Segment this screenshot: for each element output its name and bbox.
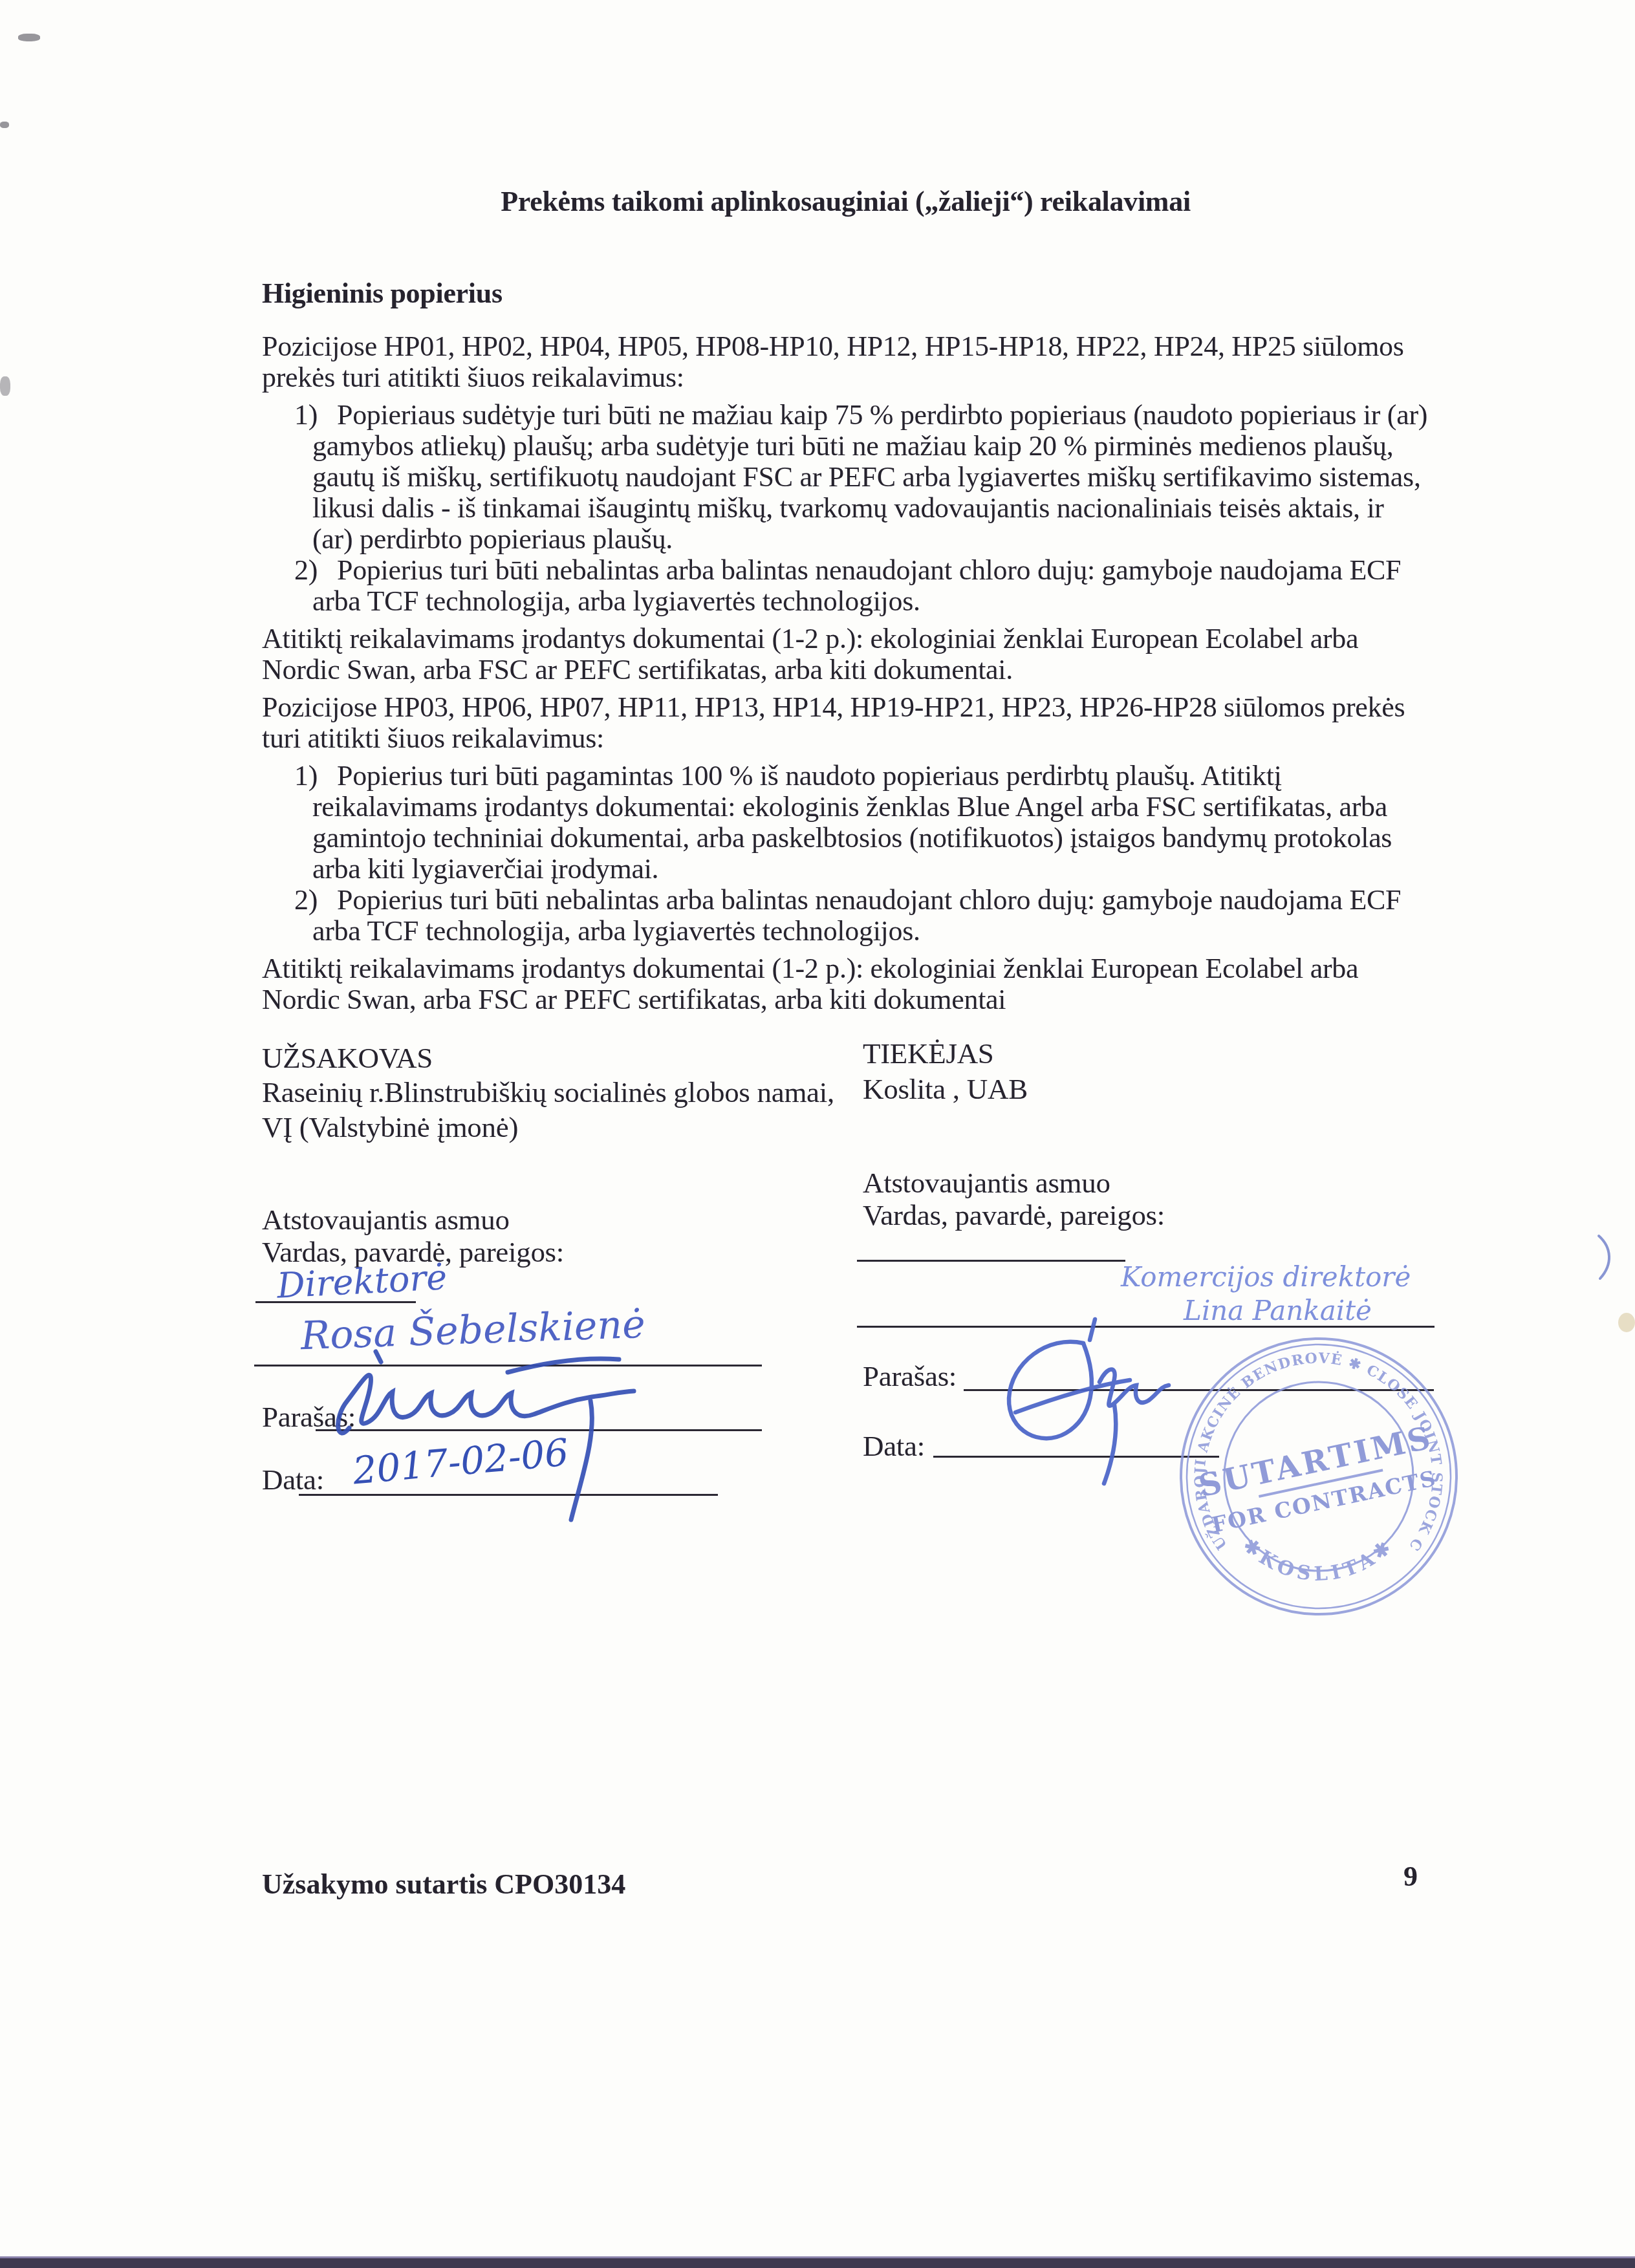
- company-round-stamp: UŽDAROJI AKCINĖ BENDROVĖ ✱ CLOSE JOINT S…: [1177, 1335, 1460, 1618]
- supplier-label: TIEKĖJAS: [863, 1037, 994, 1070]
- section-heading: Higieninis popierius: [262, 277, 503, 310]
- document-title: Prekėms taikomi aplinkosauginiai („žalie…: [262, 185, 1429, 218]
- scan-speck: [0, 376, 10, 396]
- list-item: 1) Popieriaus sudėtyje turi būti ne maži…: [262, 400, 1430, 555]
- list-item-text: Popierius turi būti nebalintas arba bali…: [312, 554, 1401, 617]
- document-body: Pozicijose HP01, HP02, HP04, HP05, HP08-…: [262, 331, 1430, 1015]
- requirements-list-2: 1) Popierius turi būti pagamintas 100 % …: [262, 761, 1430, 947]
- supplier-rep-label: Atstovaujantis asmuo: [863, 1166, 1110, 1200]
- scan-speck: [18, 34, 40, 41]
- list-item-text: Popieriaus sudėtyje turi būti ne mažiau …: [312, 399, 1427, 555]
- requirements-list-1: 1) Popieriaus sudėtyje turi būti ne maži…: [262, 400, 1430, 617]
- list-item-text: Popierius turi būti pagamintas 100 % iš …: [312, 760, 1392, 885]
- footer-contract-ref: Užsakymo sutartis CPO30134: [262, 1868, 625, 1901]
- buyer-label: UŽSAKOVAS: [262, 1041, 433, 1075]
- list-item-number: 2): [294, 885, 318, 916]
- buyer-position-handwriting: Direktorė: [276, 1257, 448, 1306]
- pen-mark-artifact: [1590, 1232, 1619, 1282]
- proof-paragraph-2: Atitiktį reikalavimams įrodantys dokumen…: [262, 953, 1430, 1015]
- supplier-position-line: [857, 1260, 1125, 1262]
- list-item-number: 1): [294, 761, 318, 792]
- list-item-number: 1): [294, 400, 318, 431]
- buyer-rep-label: Atstovaujantis asmuo: [262, 1203, 510, 1237]
- supplier-name-stamp-text: Lina Pankaitė: [1184, 1295, 1372, 1326]
- supplier-date-label: Data:: [863, 1429, 925, 1463]
- supplier-signature-ink: [980, 1308, 1187, 1489]
- stamp-bottom-text: ✱KOSLITA✱: [1239, 1534, 1399, 1586]
- list-item-number: 2): [294, 555, 318, 586]
- supplier-signature-label: Parašas:: [863, 1359, 957, 1393]
- buyer-name: Raseinių r.Blinstrubiškių socialinės glo…: [262, 1075, 844, 1145]
- supplier-position-stamp-text: Komercijos direktorė: [1121, 1261, 1411, 1293]
- list-item-text: Popierius turi būti nebalintas arba bali…: [312, 884, 1401, 947]
- scanned-contract-page: Prekėms taikomi aplinkosauginiai („žalie…: [0, 0, 1635, 2268]
- list-item: 2) Popierius turi būti nebalintas arba b…: [262, 555, 1430, 617]
- proof-paragraph-1: Atitiktį reikalavimams įrodantys dokumen…: [262, 623, 1430, 686]
- scan-smudge: [1618, 1313, 1635, 1332]
- supplier-fields-label: Vardas, pavardė, pareigos:: [863, 1198, 1165, 1232]
- buyer-position-line: [255, 1301, 416, 1303]
- intro-paragraph-2: Pozicijose HP03, HP06, HP07, HP11, HP13,…: [262, 692, 1430, 754]
- list-item: 1) Popierius turi būti pagamintas 100 % …: [262, 761, 1430, 885]
- page-number: 9: [1403, 1860, 1418, 1893]
- list-item: 2) Popierius turi būti nebalintas arba b…: [262, 885, 1430, 947]
- scan-bottom-edge: [0, 2256, 1635, 2268]
- scan-speck: [0, 122, 9, 128]
- supplier-name: Koslita , UAB: [863, 1072, 1380, 1107]
- buyer-signature-ink: [314, 1324, 728, 1531]
- intro-paragraph-1: Pozicijose HP01, HP02, HP04, HP05, HP08-…: [262, 331, 1430, 393]
